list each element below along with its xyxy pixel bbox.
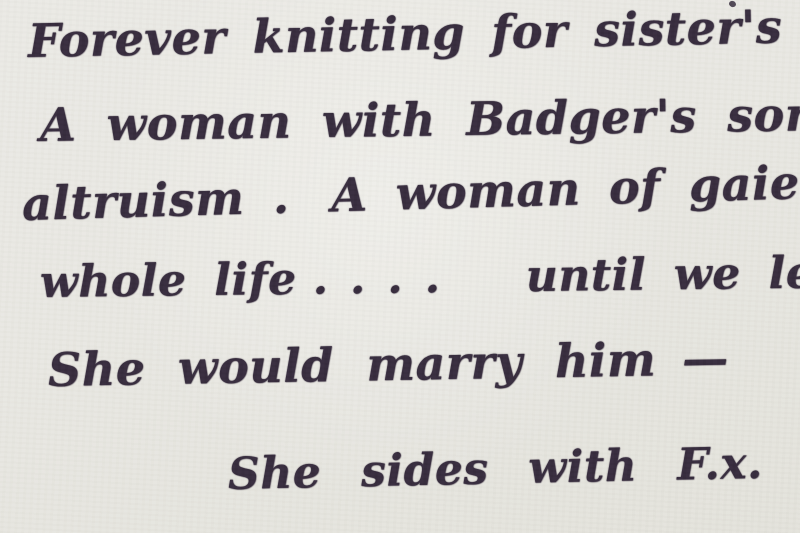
handwritten-line-1: Forever knitting for sister's childre — [28, 0, 800, 67]
manuscript-page: Forever knitting for sister's childre A … — [0, 0, 800, 533]
line-2-text: A woman with Badger's sort of — [40, 86, 800, 152]
line-4-text-start: whole life — [40, 254, 297, 308]
line-3-text-end: A woman of gaiety — [330, 156, 800, 221]
handwritten-line-2: A woman with Badger's sort of — [40, 88, 800, 151]
handwritten-line-4: whole life....until we le — [40, 250, 800, 308]
line-4-text-end: until we le — [526, 250, 800, 302]
line-5-dash: — — [682, 333, 729, 384]
line-3-text-start: altruism . — [21, 170, 290, 231]
handwritten-line-5: She would marry him—A✕ — [48, 326, 800, 396]
line-5-text: She would marry him — [48, 332, 657, 397]
line-4-ellipsis-dots: .... — [312, 254, 462, 304]
line-6-text: She sides with F.x. a — [227, 436, 800, 500]
handwritten-line-6: She sides with F.x. a — [227, 438, 800, 499]
handwritten-line-3: altruism .A woman of gaiety — [21, 156, 800, 230]
line-1-text: Forever knitting for sister's childre — [27, 0, 800, 68]
